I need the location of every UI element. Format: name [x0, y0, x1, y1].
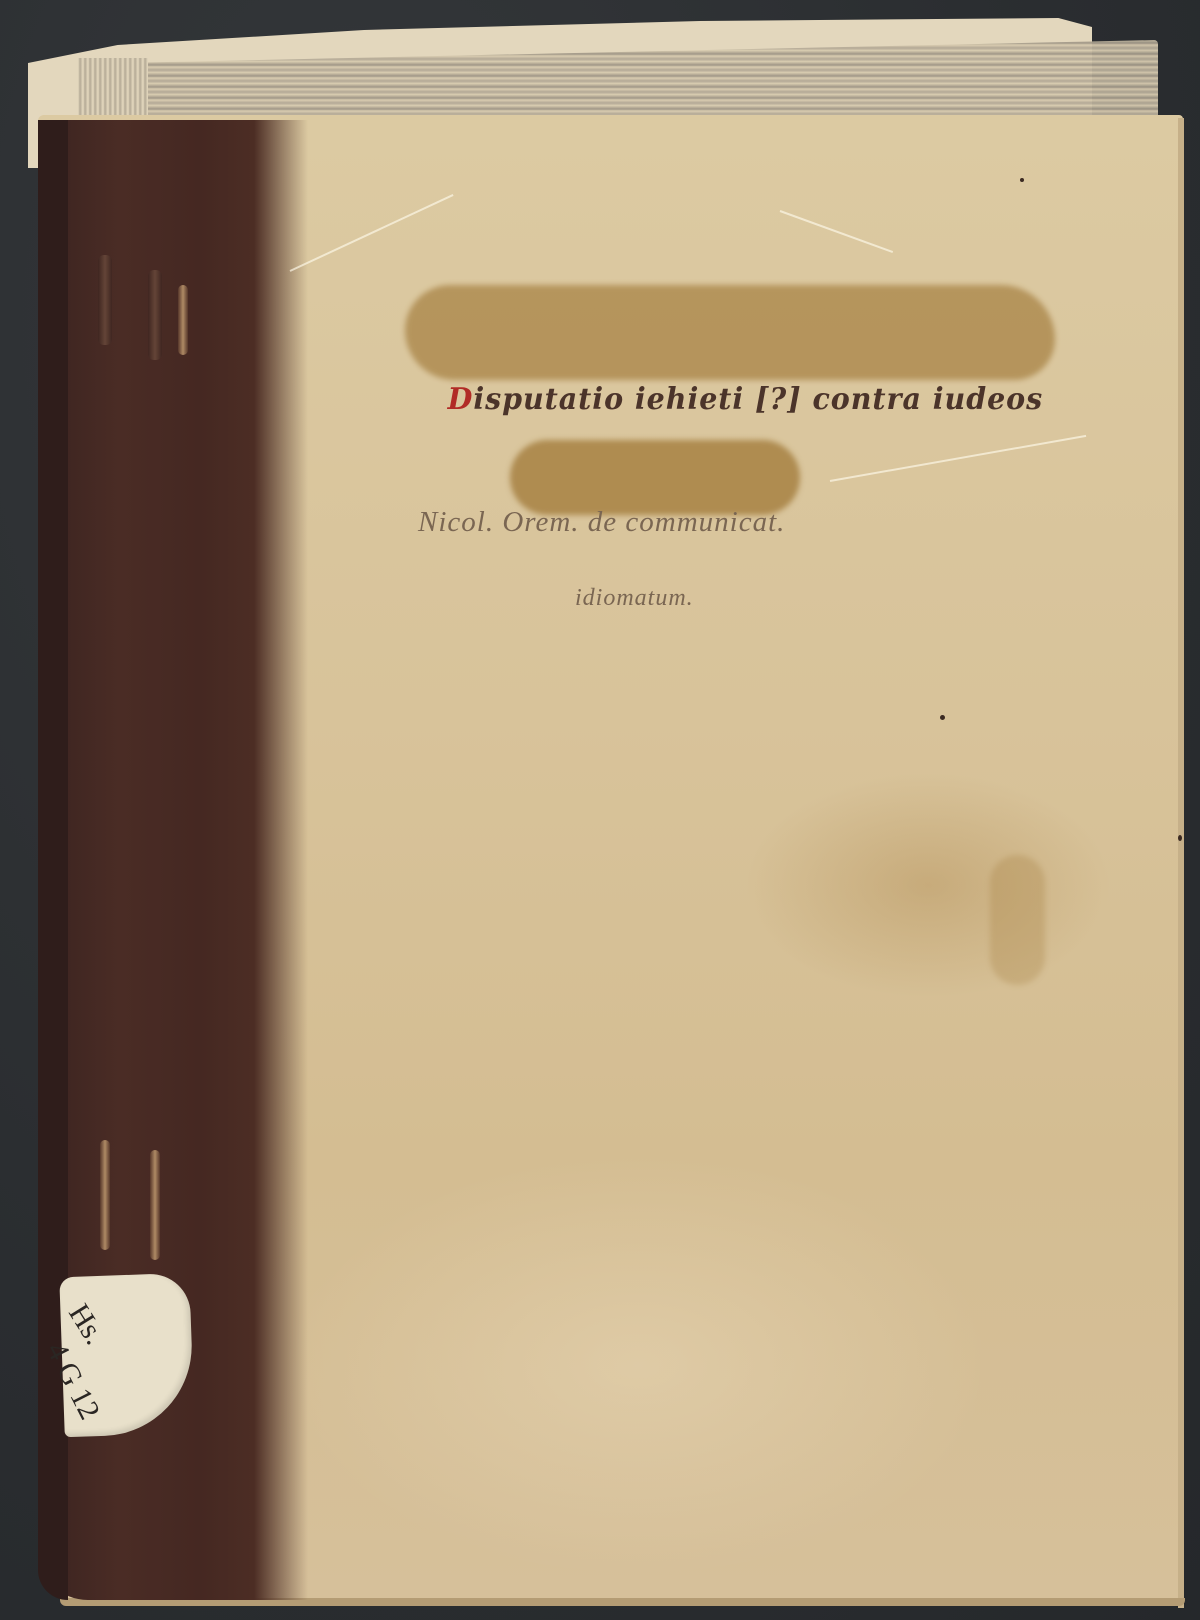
- inscription-line-1: Disputatio iehieti [?] contra iudeos: [448, 382, 1043, 417]
- inscription-line-1-text: isputatio iehieti [?] contra iudeos: [473, 382, 1043, 417]
- ink-spot: [1020, 178, 1024, 182]
- erasure-stain-top: [405, 285, 1055, 380]
- spine-band-worn: [100, 1140, 110, 1250]
- inscription-line-3: idiomatum.: [575, 585, 694, 612]
- ink-spot: [1178, 835, 1182, 841]
- spine-band: [148, 270, 162, 360]
- spine-band-worn: [150, 1150, 160, 1260]
- spine-band-worn: [178, 285, 188, 355]
- inscription-line-2: Nicol. Orem. de communicat.: [418, 506, 785, 539]
- cover-right-edge: [1178, 118, 1184, 1608]
- ink-spot: [940, 715, 945, 720]
- water-stain: [990, 855, 1045, 985]
- rubric-initial: D: [448, 382, 474, 417]
- erasure-stain-middle: [510, 440, 800, 515]
- spine-band: [98, 255, 112, 345]
